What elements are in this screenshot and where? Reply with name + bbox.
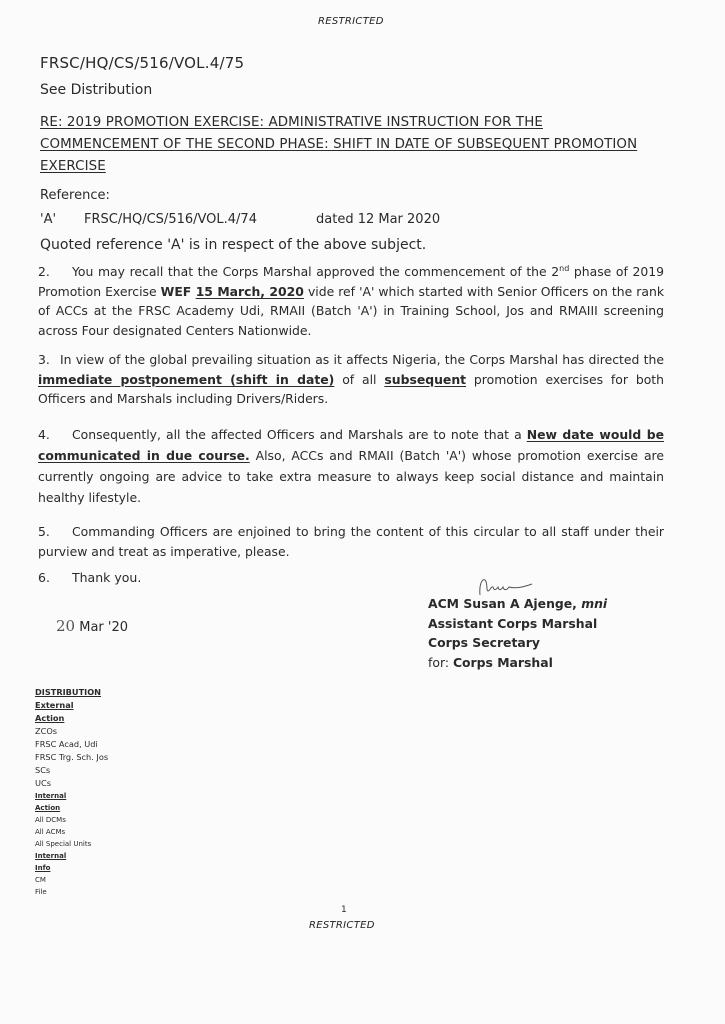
emphasis-subsequent: subsequent [384, 372, 466, 387]
signature-block: ACM Susan A Ajenge, mni Assistant Corps … [428, 594, 607, 672]
distribution-item: FRSC Acad, Udi [35, 738, 108, 751]
effective-date: 15 March, 2020 [196, 284, 304, 299]
paragraph-4: 4.Consequently, all the affected Officer… [38, 424, 664, 508]
paragraph-5: 5.Commanding Officers are enjoined to br… [38, 522, 664, 561]
signatory-name: ACM Susan A Ajenge, mni [428, 594, 607, 614]
internal-action-heading: Action [35, 802, 108, 814]
distribution-item: All DCMs [35, 814, 108, 826]
distribution-item: CM [35, 874, 108, 886]
signatory-title: Assistant Corps Marshal [428, 614, 607, 634]
wef-label: WEF [161, 284, 196, 299]
internal-info-heading: Info [35, 862, 108, 874]
classification-footer: RESTRICTED [309, 920, 375, 931]
signatory-for: for: Corps Marshal [428, 653, 607, 673]
addressee: See Distribution [40, 82, 152, 98]
external-action-heading: Action [35, 712, 108, 725]
paragraph-2: 2.You may recall that the Corps Marshal … [38, 262, 664, 340]
internal-heading: Internal [35, 790, 108, 802]
subject-heading: RE: 2019 PROMOTION EXERCISE: ADMINISTRAT… [40, 112, 640, 178]
distribution-item: UCs [35, 777, 108, 790]
distribution-item: FRSC Trg. Sch. Jos [35, 751, 108, 764]
paragraph-6: 6.Thank you. [38, 570, 141, 585]
for-value: Corps Marshal [453, 655, 553, 670]
name: ACM Susan A Ajenge, [428, 596, 581, 611]
distribution-item: File [35, 886, 108, 898]
distribution-item: All Special Units [35, 838, 108, 850]
text: Consequently, all the affected Officers … [72, 427, 527, 442]
text: of all [334, 372, 384, 387]
paragraph-number: 3. [38, 350, 60, 370]
paragraph-1: Quoted reference 'A' is in respect of th… [40, 237, 426, 253]
page-number: 1 [341, 905, 347, 915]
paragraph-3: 3.In view of the global prevailing situa… [38, 350, 664, 409]
external-heading: External [35, 699, 108, 712]
classification-header: RESTRICTED [318, 16, 384, 27]
reference-doc-number: FRSC/HQ/CS/516/VOL.4/74 [84, 212, 316, 227]
distribution-item: SCs [35, 764, 108, 777]
signatory-office: Corps Secretary [428, 633, 607, 653]
paragraph-number: 2. [38, 262, 72, 282]
for-label: for: [428, 655, 453, 670]
text: You may recall that the Corps Marshal ap… [72, 264, 559, 279]
distribution-heading: DISTRIBUTION [35, 686, 108, 699]
reference-date: dated 12 Mar 2020 [316, 212, 440, 227]
name-suffix: mni [581, 596, 607, 611]
distribution-item: ZCOs [35, 725, 108, 738]
handwritten-day: 20 [56, 617, 75, 635]
distribution-item: All ACMs [35, 826, 108, 838]
paragraph-number: 6. [38, 570, 72, 585]
text: Thank you. [72, 570, 141, 585]
text: In view of the global prevailing situati… [60, 352, 664, 367]
paragraph-number: 5. [38, 522, 72, 542]
reference-label: 'A' [40, 212, 84, 227]
paragraph-number: 4. [38, 424, 72, 445]
text: Commanding Officers are enjoined to brin… [38, 524, 664, 559]
reference-heading: Reference: [40, 188, 110, 203]
emphasis-postponement: immediate postponement (shift in date) [38, 372, 334, 387]
distribution-list: DISTRIBUTION External Action ZCOs FRSC A… [35, 686, 108, 898]
superscript: nd [559, 264, 569, 273]
internal-heading: Internal [35, 850, 108, 862]
letter-date: 20 Mar '20 [56, 617, 128, 635]
date-rest: Mar '20 [75, 620, 128, 635]
reference-number: FRSC/HQ/CS/516/VOL.4/75 [40, 54, 244, 72]
reference-line: 'A'FRSC/HQ/CS/516/VOL.4/74dated 12 Mar 2… [40, 212, 440, 227]
